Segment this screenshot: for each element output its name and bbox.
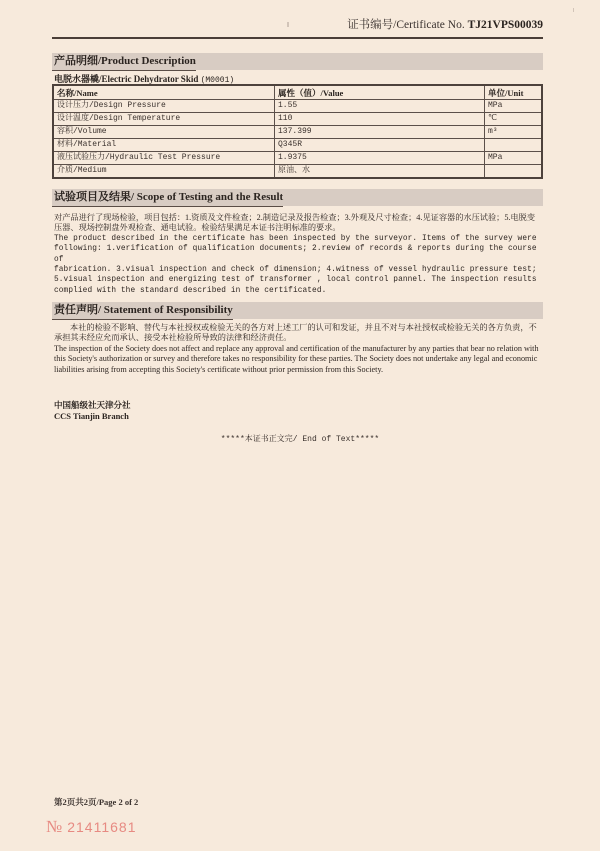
cell-unit: ℃ [485, 113, 543, 126]
product-description-title: 产品明细/Product Description [52, 53, 196, 71]
end-of-text-marker: *****本证书正文完/ End of Text***** [0, 433, 600, 444]
cell-name: 液压试验压力/Hydraulic Test Pressure [53, 152, 275, 165]
cell-value: 原油、水 [275, 165, 485, 179]
product-description-band: 产品明细/Product Description [52, 53, 543, 70]
table-row: 液压试验压力/Hydraulic Test Pressure1.9375MPa [53, 152, 542, 165]
responsibility-text: 本社的检验不影响、替代与本社授权或检验无关的各方对上述工厂的认可和发证，并且不对… [54, 323, 542, 375]
testing-scope-en-line: fabrication. 3.visual inspection and che… [54, 265, 542, 275]
certificate-header: 证书编号/Certificate No. TJ21VPS00039 [52, 16, 543, 39]
testing-scope-en-line: complied with the standard described in … [54, 286, 542, 296]
table-row: 介质/Medium原油、水 [53, 165, 542, 179]
testing-scope-band: 试验项目及结果/ Scope of Testing and the Result [52, 189, 543, 206]
cell-value: 110 [275, 113, 485, 126]
testing-scope-text: 对产品进行了现场检验，项目包括：1.资质及文件检查；2.制造记录及报告检查；3.… [54, 213, 542, 296]
product-spec-table: 名称/Name 属性（值）/Value 单位/Unit 设计压力/Design … [52, 84, 543, 179]
column-header-value: 属性（值）/Value [275, 85, 485, 100]
table-row: 材料/MaterialQ345R [53, 139, 542, 152]
cell-value: Q345R [275, 139, 485, 152]
testing-scope-en-line: following: 1.verification of qualificati… [54, 244, 542, 265]
testing-scope-en-line: The product described in the certificate… [54, 234, 542, 244]
cell-name: 介质/Medium [53, 165, 275, 179]
serial-number: 21411681 [67, 819, 136, 835]
column-header-name: 名称/Name [53, 85, 275, 100]
certificate-number: TJ21VPS00039 [468, 19, 543, 31]
table-header-row: 名称/Name 属性（值）/Value 单位/Unit [53, 85, 542, 100]
cell-unit [485, 139, 543, 152]
responsibility-cn: 本社的检验不影响、替代与本社授权或检验无关的各方对上述工厂的认可和发证，并且不对… [54, 323, 542, 344]
table-row: 设计温度/Design Temperature110℃ [53, 113, 542, 126]
testing-scope-en: The product described in the certificate… [54, 234, 542, 296]
responsibility-title: 责任声明/ Statement of Responsibility [52, 302, 233, 320]
column-header-unit: 单位/Unit [485, 85, 543, 100]
page-number: 第2页共2页/Page 2 of 2 [54, 796, 138, 808]
serial-number-stamp: №21411681 [46, 817, 136, 837]
numero-sign-icon: № [46, 817, 63, 836]
cell-name: 设计温度/Design Temperature [53, 113, 275, 126]
cell-unit: MPa [485, 152, 543, 165]
certificate-page: 证书编号/Certificate No. TJ21VPS00039 产品明细/P… [0, 0, 600, 851]
issuer-name-en: CCS Tianjin Branch [54, 411, 131, 422]
testing-scope-cn: 对产品进行了现场检验，项目包括：1.资质及文件检查；2.制造记录及报告检查；3.… [54, 213, 542, 234]
responsibility-band: 责任声明/ Statement of Responsibility [52, 302, 543, 319]
cell-name: 材料/Material [53, 139, 275, 152]
table-row: 设计压力/Design Pressure1.55MPa [53, 100, 542, 113]
cell-name: 设计压力/Design Pressure [53, 100, 275, 113]
cell-unit: MPa [485, 100, 543, 113]
cell-unit: m³ [485, 126, 543, 139]
product-item-name: 电脱水器橇/Electric Dehydrator Skid [54, 74, 198, 84]
cell-unit [485, 165, 543, 179]
responsibility-en: The inspection of the Society does not a… [54, 344, 542, 375]
cell-value: 137.399 [275, 126, 485, 139]
cell-value: 1.9375 [275, 152, 485, 165]
cell-value: 1.55 [275, 100, 485, 113]
paper-speck [573, 8, 574, 12]
certificate-number-label: 证书编号/Certificate No. [347, 19, 465, 31]
testing-scope-title: 试验项目及结果/ Scope of Testing and the Result [52, 189, 283, 207]
testing-scope-en-line: 5.visual inspection and energizing test … [54, 275, 542, 285]
cell-name: 容积/Volume [53, 126, 275, 139]
issuer-name-cn: 中国船级社天津分社 [54, 400, 131, 411]
issuer-signature: 中国船级社天津分社 CCS Tianjin Branch [54, 400, 131, 422]
table-row: 容积/Volume137.399m³ [53, 126, 542, 139]
